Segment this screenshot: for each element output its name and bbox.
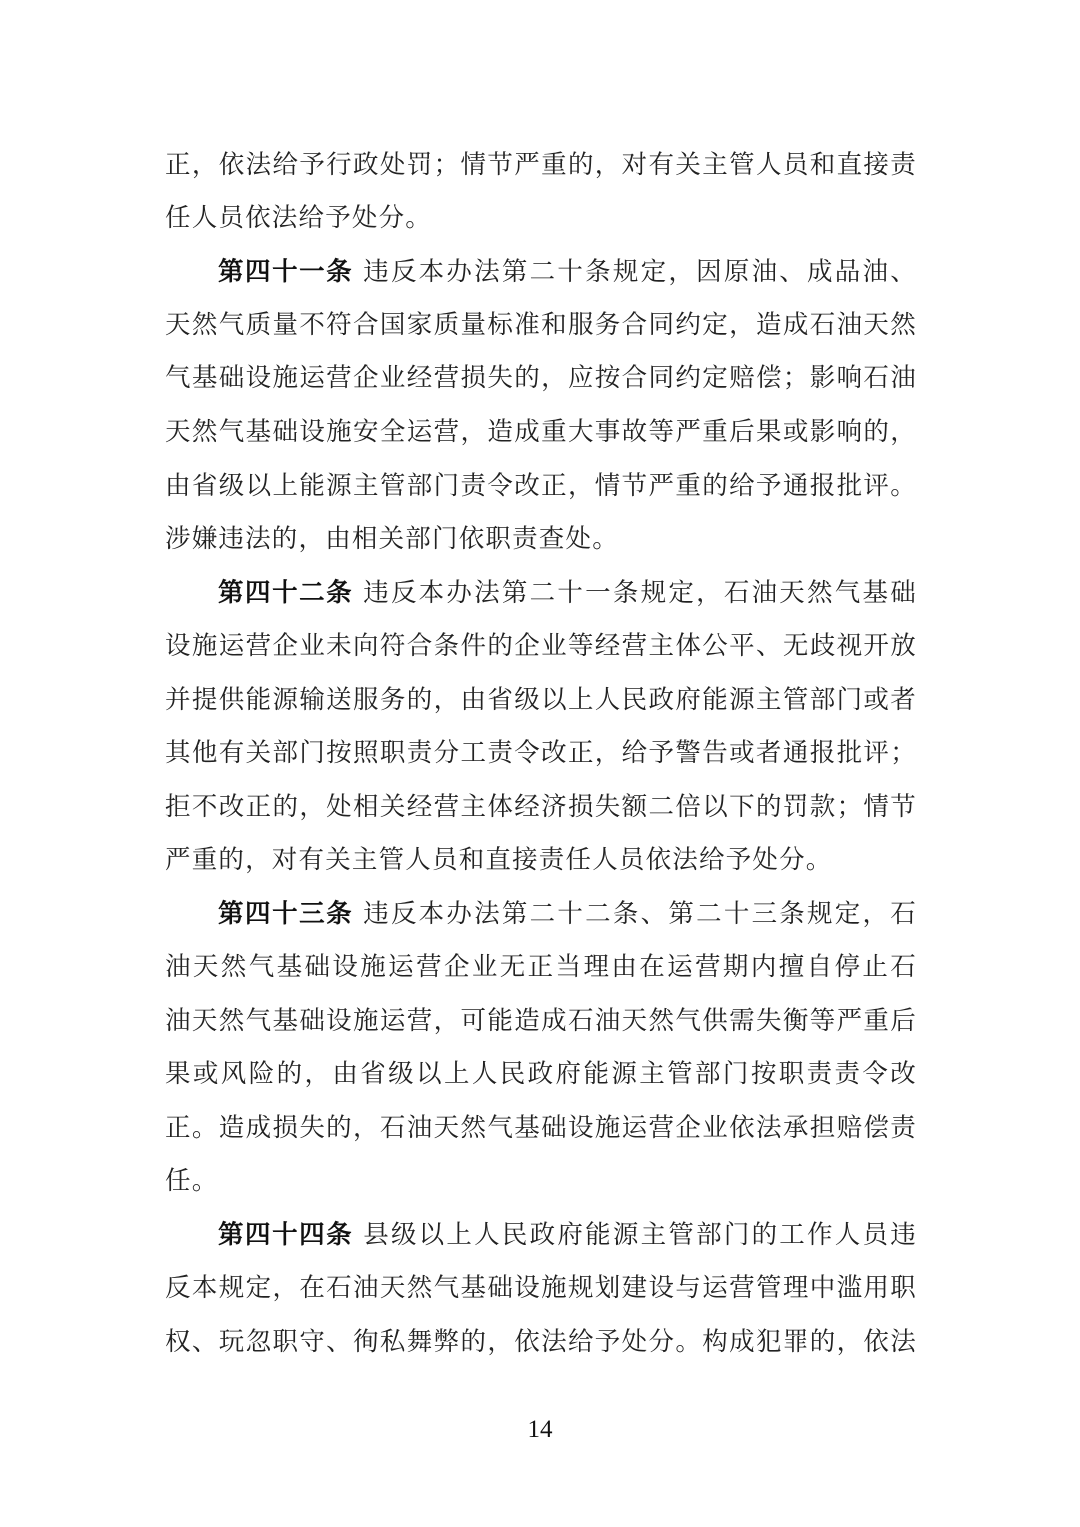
line-text: 正。造成损失的，石油天然气基础设施运营企业依法承担赔偿责 (165, 1113, 917, 1143)
text-line: 天然气质量不符合国家质量标准和服务合同约定，造成石油天然 (165, 305, 917, 345)
line-text: 违反本办法第二十一条规定，石油天然气基础 (363, 578, 917, 608)
article-title: 第四十一条 (218, 257, 353, 287)
text-line: 涉嫌违法的，由相关部门依职责查处。 (165, 519, 917, 559)
line-text: 拒不改正的，处相关经营主体经济损失额二倍以下的罚款；情节 (165, 792, 917, 822)
line-text: 其他有关部门按照职责分工责令改正，给予警告或者通报批评； (165, 738, 917, 768)
text-line: 其他有关部门按照职责分工责令改正，给予警告或者通报批评； (165, 733, 917, 773)
line-text: 正，依法给予行政处罚；情节严重的，对有关主管人员和直接责 (165, 150, 917, 180)
line-text: 县级以上人民政府能源主管部门的工作人员违 (363, 1220, 917, 1250)
line-text: 严重的，对有关主管人员和直接责任人员依法给予处分。 (165, 845, 833, 875)
text-line: 任。 (165, 1161, 917, 1201)
line-text: 涉嫌违法的，由相关部门依职责查处。 (165, 524, 619, 554)
text-line: 正，依法给予行政处罚；情节严重的，对有关主管人员和直接责 (165, 145, 917, 185)
text-line: 拒不改正的，处相关经营主体经济损失额二倍以下的罚款；情节 (165, 787, 917, 827)
text-line: 任人员依法给予处分。 (165, 198, 917, 238)
article-first-line: 第四十四条县级以上人民政府能源主管部门的工作人员违 (218, 1215, 917, 1255)
line-text: 违反本办法第二十二条、第二十三条规定，石 (363, 899, 917, 929)
line-text: 违反本办法第二十条规定，因原油、成品油、 (363, 257, 917, 287)
article-first-line: 第四十三条违反本办法第二十二条、第二十三条规定，石 (218, 894, 917, 934)
text-line: 天然气基础设施安全运营，造成重大事故等严重后果或影响的， (165, 412, 917, 452)
line-text: 任人员依法给予处分。 (165, 203, 432, 233)
article-title: 第四十三条 (218, 899, 353, 929)
text-line: 果或风险的，由省级以上人民政府能源主管部门按职责责令改 (165, 1054, 917, 1094)
text-line: 气基础设施运营企业经营损失的，应按合同约定赔偿；影响石油 (165, 358, 917, 398)
line-text: 由省级以上能源主管部门责令改正，情节严重的给予通报批评。 (165, 471, 917, 501)
text-line: 油天然气基础设施运营企业无正当理由在运营期内擅自停止石 (165, 947, 917, 987)
article-first-line: 第四十二条违反本办法第二十一条规定，石油天然气基础 (218, 573, 917, 613)
article-title: 第四十四条 (218, 1220, 353, 1250)
line-text: 设施运营企业未向符合条件的企业等经营主体公平、无歧视开放 (165, 631, 917, 661)
article-first-line: 第四十一条违反本办法第二十条规定，因原油、成品油、 (218, 252, 917, 292)
page-number: 14 (0, 1416, 1080, 1444)
line-text: 天然气基础设施安全运营，造成重大事故等严重后果或影响的， (165, 417, 917, 447)
text-line: 权、玩忽职守、徇私舞弊的，依法给予处分。构成犯罪的，依法 (165, 1322, 917, 1362)
line-text: 反本规定，在石油天然气基础设施规划建设与运营管理中滥用职 (165, 1273, 917, 1303)
article-title: 第四十二条 (218, 578, 353, 608)
text-line: 油天然气基础设施运营，可能造成石油天然气供需失衡等严重后 (165, 1001, 917, 1041)
line-text: 果或风险的，由省级以上人民政府能源主管部门按职责责令改 (165, 1059, 917, 1089)
text-line: 正。造成损失的，石油天然气基础设施运营企业依法承担赔偿责 (165, 1108, 917, 1148)
text-line: 设施运营企业未向符合条件的企业等经营主体公平、无歧视开放 (165, 626, 917, 666)
line-text: 油天然气基础设施运营，可能造成石油天然气供需失衡等严重后 (165, 1006, 917, 1036)
text-line: 由省级以上能源主管部门责令改正，情节严重的给予通报批评。 (165, 466, 917, 506)
text-line: 并提供能源输送服务的，由省级以上人民政府能源主管部门或者 (165, 680, 917, 720)
line-text: 气基础设施运营企业经营损失的，应按合同约定赔偿；影响石油 (165, 363, 917, 393)
text-line: 反本规定，在石油天然气基础设施规划建设与运营管理中滥用职 (165, 1268, 917, 1308)
line-text: 并提供能源输送服务的，由省级以上人民政府能源主管部门或者 (165, 685, 917, 715)
line-text: 油天然气基础设施运营企业无正当理由在运营期内擅自停止石 (165, 952, 917, 982)
text-line: 严重的，对有关主管人员和直接责任人员依法给予处分。 (165, 840, 917, 880)
line-text: 天然气质量不符合国家质量标准和服务合同约定，造成石油天然 (165, 310, 917, 340)
line-text: 权、玩忽职守、徇私舞弊的，依法给予处分。构成犯罪的，依法 (165, 1327, 917, 1357)
line-text: 任。 (165, 1166, 218, 1196)
document-page: 正，依法给予行政处罚；情节严重的，对有关主管人员和直接责任人员依法给予处分。第四… (0, 0, 1080, 1527)
